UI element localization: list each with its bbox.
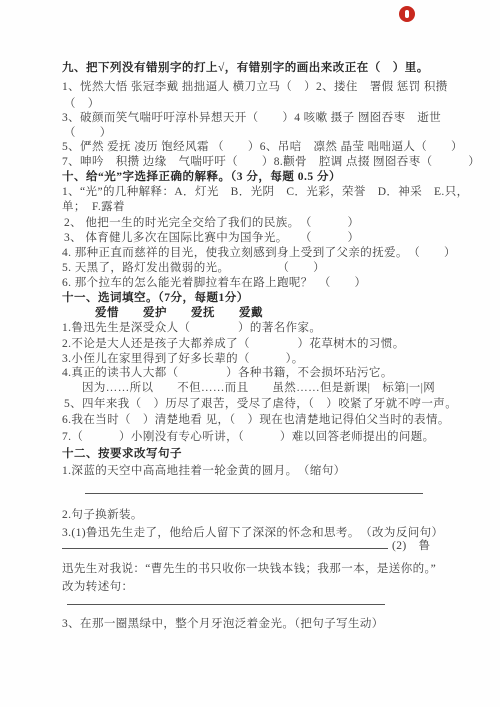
section-10-title: 十、给“光”字选择正确的解释。（3 分，每题 0.5 分） — [62, 170, 341, 184]
exam-line: 3.小侄儿在家里得到了好多长辈的（ ）。 — [62, 352, 304, 366]
conjunction-options: 因为……所以 不但……而且 虽然……但是新课| 标第|一|网 — [82, 381, 435, 395]
answer-blank-line — [85, 493, 423, 494]
exam-line: 2、 他把一生的时光完全交给了我们的民族。 （ ） — [64, 216, 359, 230]
exam-line: 6.我在当时（ ）清楚地看 见，（ ）现在也清楚地记得伯父当时的表情。 — [62, 413, 450, 427]
word-bank: 爱惜 爱护 爱抚 爱戴 — [95, 306, 263, 320]
answer-blank-line — [67, 604, 385, 605]
exam-line: 5. 天黑了，路灯发出微弱的光。 （ ） — [62, 261, 325, 275]
section-12-title: 十二、按要求改写句子 — [62, 447, 182, 461]
exam-line: 4.真正的读书人大都（ ）各种书籍，不会损坏玷污它。 — [62, 366, 393, 380]
section-9-title: 九、把下列没有错别字的打上√，有错别字的画出来改正在（ ）里。 — [62, 61, 429, 75]
section-11-title: 十一、选词填空。（7分，每题1分） — [62, 291, 249, 305]
exam-line: 改为转述句： — [62, 580, 133, 594]
exam-line: 单； F.露着 — [62, 200, 125, 214]
exam-line: 6. 那个拉车的怎么能光着脚拉着车在路上跑呢？ （ ） — [62, 276, 366, 290]
exam-line: （ ） — [64, 97, 100, 111]
answer-blank-line — [62, 536, 388, 549]
answer-blank-row: (2) 鲁 — [62, 536, 430, 554]
exam-line: 5、俨然 爱抚 凌历 饱经风霜 （ ）6、吊唁 凛然 晶莹 咄咄逼人（ ） — [62, 140, 463, 154]
exam-line: 5、四年来我（ ）历尽了艰苦，受尽了虐待，（ ）咬紧了牙就不哼一声。 — [64, 397, 457, 411]
exam-line: 2.不论是大人还是孩子大都养成了（ ）花草树木的习惯。 — [62, 337, 405, 351]
exam-line: 7.（ ）小刚没有专心听讲，（ ）难以回答老师提出的问题。 — [62, 430, 435, 444]
exam-line: 2.句子换新装。 — [62, 508, 143, 522]
exam-line: 1.鲁迅先生是深受众人（ ）的著名作家。 — [62, 321, 321, 335]
exam-line: 3、破颜而笑气喘吁吁淳朴异想天开（ ）4 咳嗽 摄子 囫囵吞枣 逝世 — [62, 111, 441, 125]
exam-line: 1、恍然大悟 张冠李戴 拙拙逼人 横刀立马（ ）2、搂住 署假 惩罚 积攒 — [62, 80, 448, 94]
blank-row-label: (2) 鲁 — [388, 537, 430, 553]
exam-line: 3、在那一圈黑绿中，整个月牙泡泛着金光。（把句子写生动） — [62, 617, 384, 631]
exam-line: 7、呻吟 积攒 边缘 气喘吁吁（ ）8.颧骨 腔调 点掇 囫囵吞枣（ ） — [62, 155, 480, 169]
red-logo-icon — [399, 6, 415, 22]
exam-paper-page: 九、把下列没有错别字的打上√，有错别字的画出来改正在（ ）里。 1、恍然大悟 张… — [0, 0, 500, 707]
exam-line: 迅先生对我说：“曹先生的书只收你一块钱本钱；我那一本，是送你的。” — [62, 562, 436, 576]
exam-line: 3、 体育健儿多次在国际比赛中为国争光。 （ ） — [64, 231, 359, 245]
exam-line: 4. 那种正直而慈祥的目光，使我立刻感到身上受到了父亲的抚爱。 （ ） — [62, 246, 456, 260]
red-logo-glyph — [405, 10, 409, 18]
exam-line: 1、“光”的几种解释：A．灯光 B．光阴 C．光彩，荣誉 D．神采 E.只， — [62, 185, 469, 199]
exam-line: 1.深蓝的天空中高高地挂着一轮金黄的圆月。 （缩句） — [62, 464, 346, 478]
exam-line: （ ） — [64, 126, 112, 140]
